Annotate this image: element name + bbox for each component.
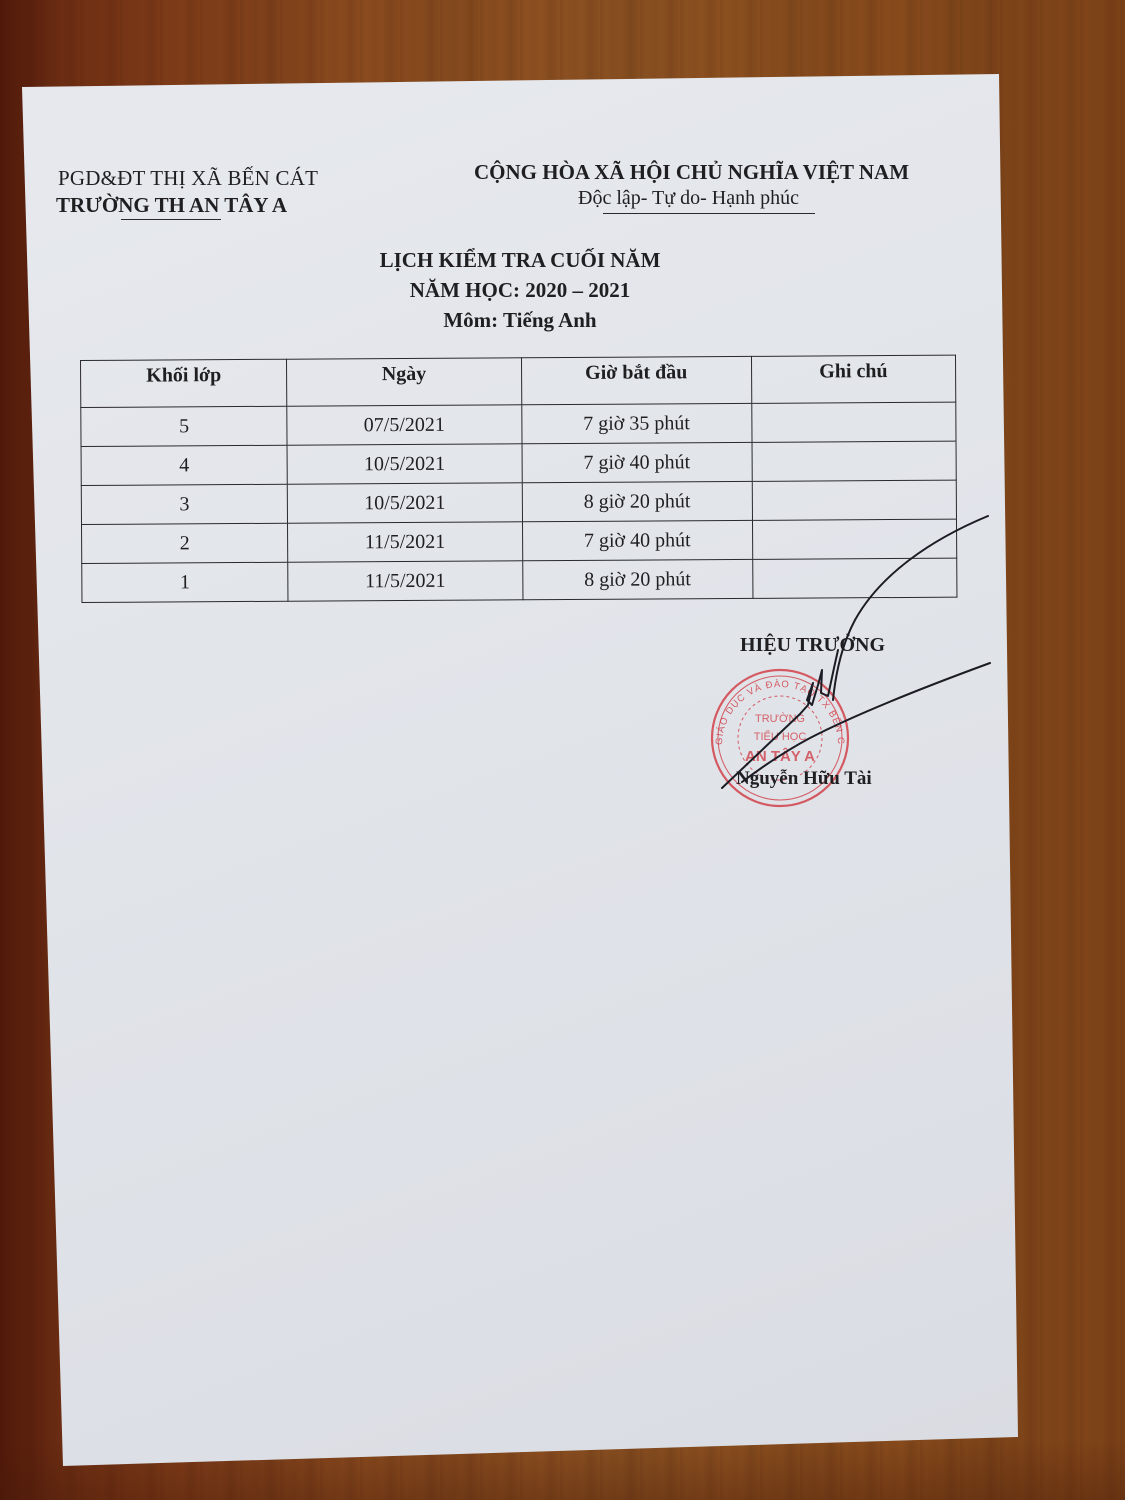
school-name: TRƯỜNG TH AN TÂY A bbox=[56, 193, 287, 218]
cell-note bbox=[752, 519, 957, 559]
signer-name: Nguyễn Hữu Tài bbox=[736, 768, 872, 790]
cell-date: 11/5/2021 bbox=[288, 561, 523, 601]
cell-note bbox=[752, 402, 957, 442]
table-row: 2 11/5/2021 7 giờ 40 phút bbox=[82, 519, 957, 563]
cell-note bbox=[752, 441, 957, 481]
stamp-line-2: TIỂU HỌC bbox=[754, 730, 807, 743]
signer-title: HIỆU TRƯỞNG bbox=[740, 634, 885, 657]
official-stamp: GIÁO DỤC VÀ ĐÀO TẠO TX BẾN CÁT TRƯỜNG TI… bbox=[0, 0, 1125, 1500]
cell-date: 07/5/2021 bbox=[287, 405, 522, 445]
header-grade: Khối lớp bbox=[81, 359, 288, 407]
cell-grade: 1 bbox=[82, 562, 289, 602]
cell-grade: 5 bbox=[81, 406, 288, 446]
department-name: PGD&ĐT THỊ XÃ BẾN CÁT bbox=[58, 166, 318, 191]
school-year: NĂM HỌC: 2020 – 2021 bbox=[340, 278, 700, 303]
cell-note bbox=[752, 480, 957, 520]
document-title: LỊCH KIỂM TRA CUỐI NĂM bbox=[340, 248, 700, 273]
subject: Môm: Tiếng Anh bbox=[340, 308, 700, 333]
cell-grade: 2 bbox=[82, 523, 289, 563]
exam-schedule-document: PGD&ĐT THỊ XÃ BẾN CÁT TRƯỜNG TH AN TÂY A… bbox=[0, 0, 1125, 1500]
cell-note bbox=[752, 558, 957, 598]
header-start-time: Giờ bắt đầu bbox=[521, 356, 751, 404]
national-motto-underline bbox=[603, 213, 815, 214]
table-row: 4 10/5/2021 7 giờ 40 phút bbox=[81, 441, 956, 485]
table-row: 3 10/5/2021 8 giờ 20 phút bbox=[81, 480, 956, 524]
header-notes: Ghi chú bbox=[751, 355, 956, 403]
cell-start-time: 8 giờ 20 phút bbox=[522, 481, 752, 521]
table-header-row: Khối lớp Ngày Giờ bắt đầu Ghi chú bbox=[81, 355, 956, 407]
cell-date: 10/5/2021 bbox=[287, 444, 522, 484]
national-title: CỘNG HÒA XÃ HỘI CHỦ NGHĨA VIỆT NAM bbox=[474, 160, 909, 185]
cell-date: 11/5/2021 bbox=[288, 522, 523, 562]
cell-start-time: 8 giờ 20 phút bbox=[522, 559, 752, 599]
cell-grade: 4 bbox=[81, 445, 288, 485]
national-motto: Độc lập- Tự do- Hạnh phúc bbox=[578, 187, 799, 210]
school-name-underline bbox=[121, 219, 221, 220]
cell-date: 10/5/2021 bbox=[288, 483, 523, 523]
cell-start-time: 7 giờ 40 phút bbox=[522, 442, 752, 482]
stamp-line-1: TRƯỜNG bbox=[755, 712, 805, 725]
header-date: Ngày bbox=[287, 358, 522, 406]
stamp-line-3: AN TÂY A bbox=[745, 747, 815, 765]
exam-schedule-table: Khối lớp Ngày Giờ bắt đầu Ghi chú 5 07/5… bbox=[80, 355, 957, 603]
table-row: 5 07/5/2021 7 giờ 35 phút bbox=[81, 402, 956, 446]
table-row: 1 11/5/2021 8 giờ 20 phút bbox=[82, 558, 957, 602]
cell-start-time: 7 giờ 35 phút bbox=[521, 403, 751, 443]
cell-start-time: 7 giờ 40 phút bbox=[522, 520, 752, 560]
cell-grade: 3 bbox=[81, 484, 288, 524]
handwritten-signature bbox=[0, 0, 1125, 1500]
